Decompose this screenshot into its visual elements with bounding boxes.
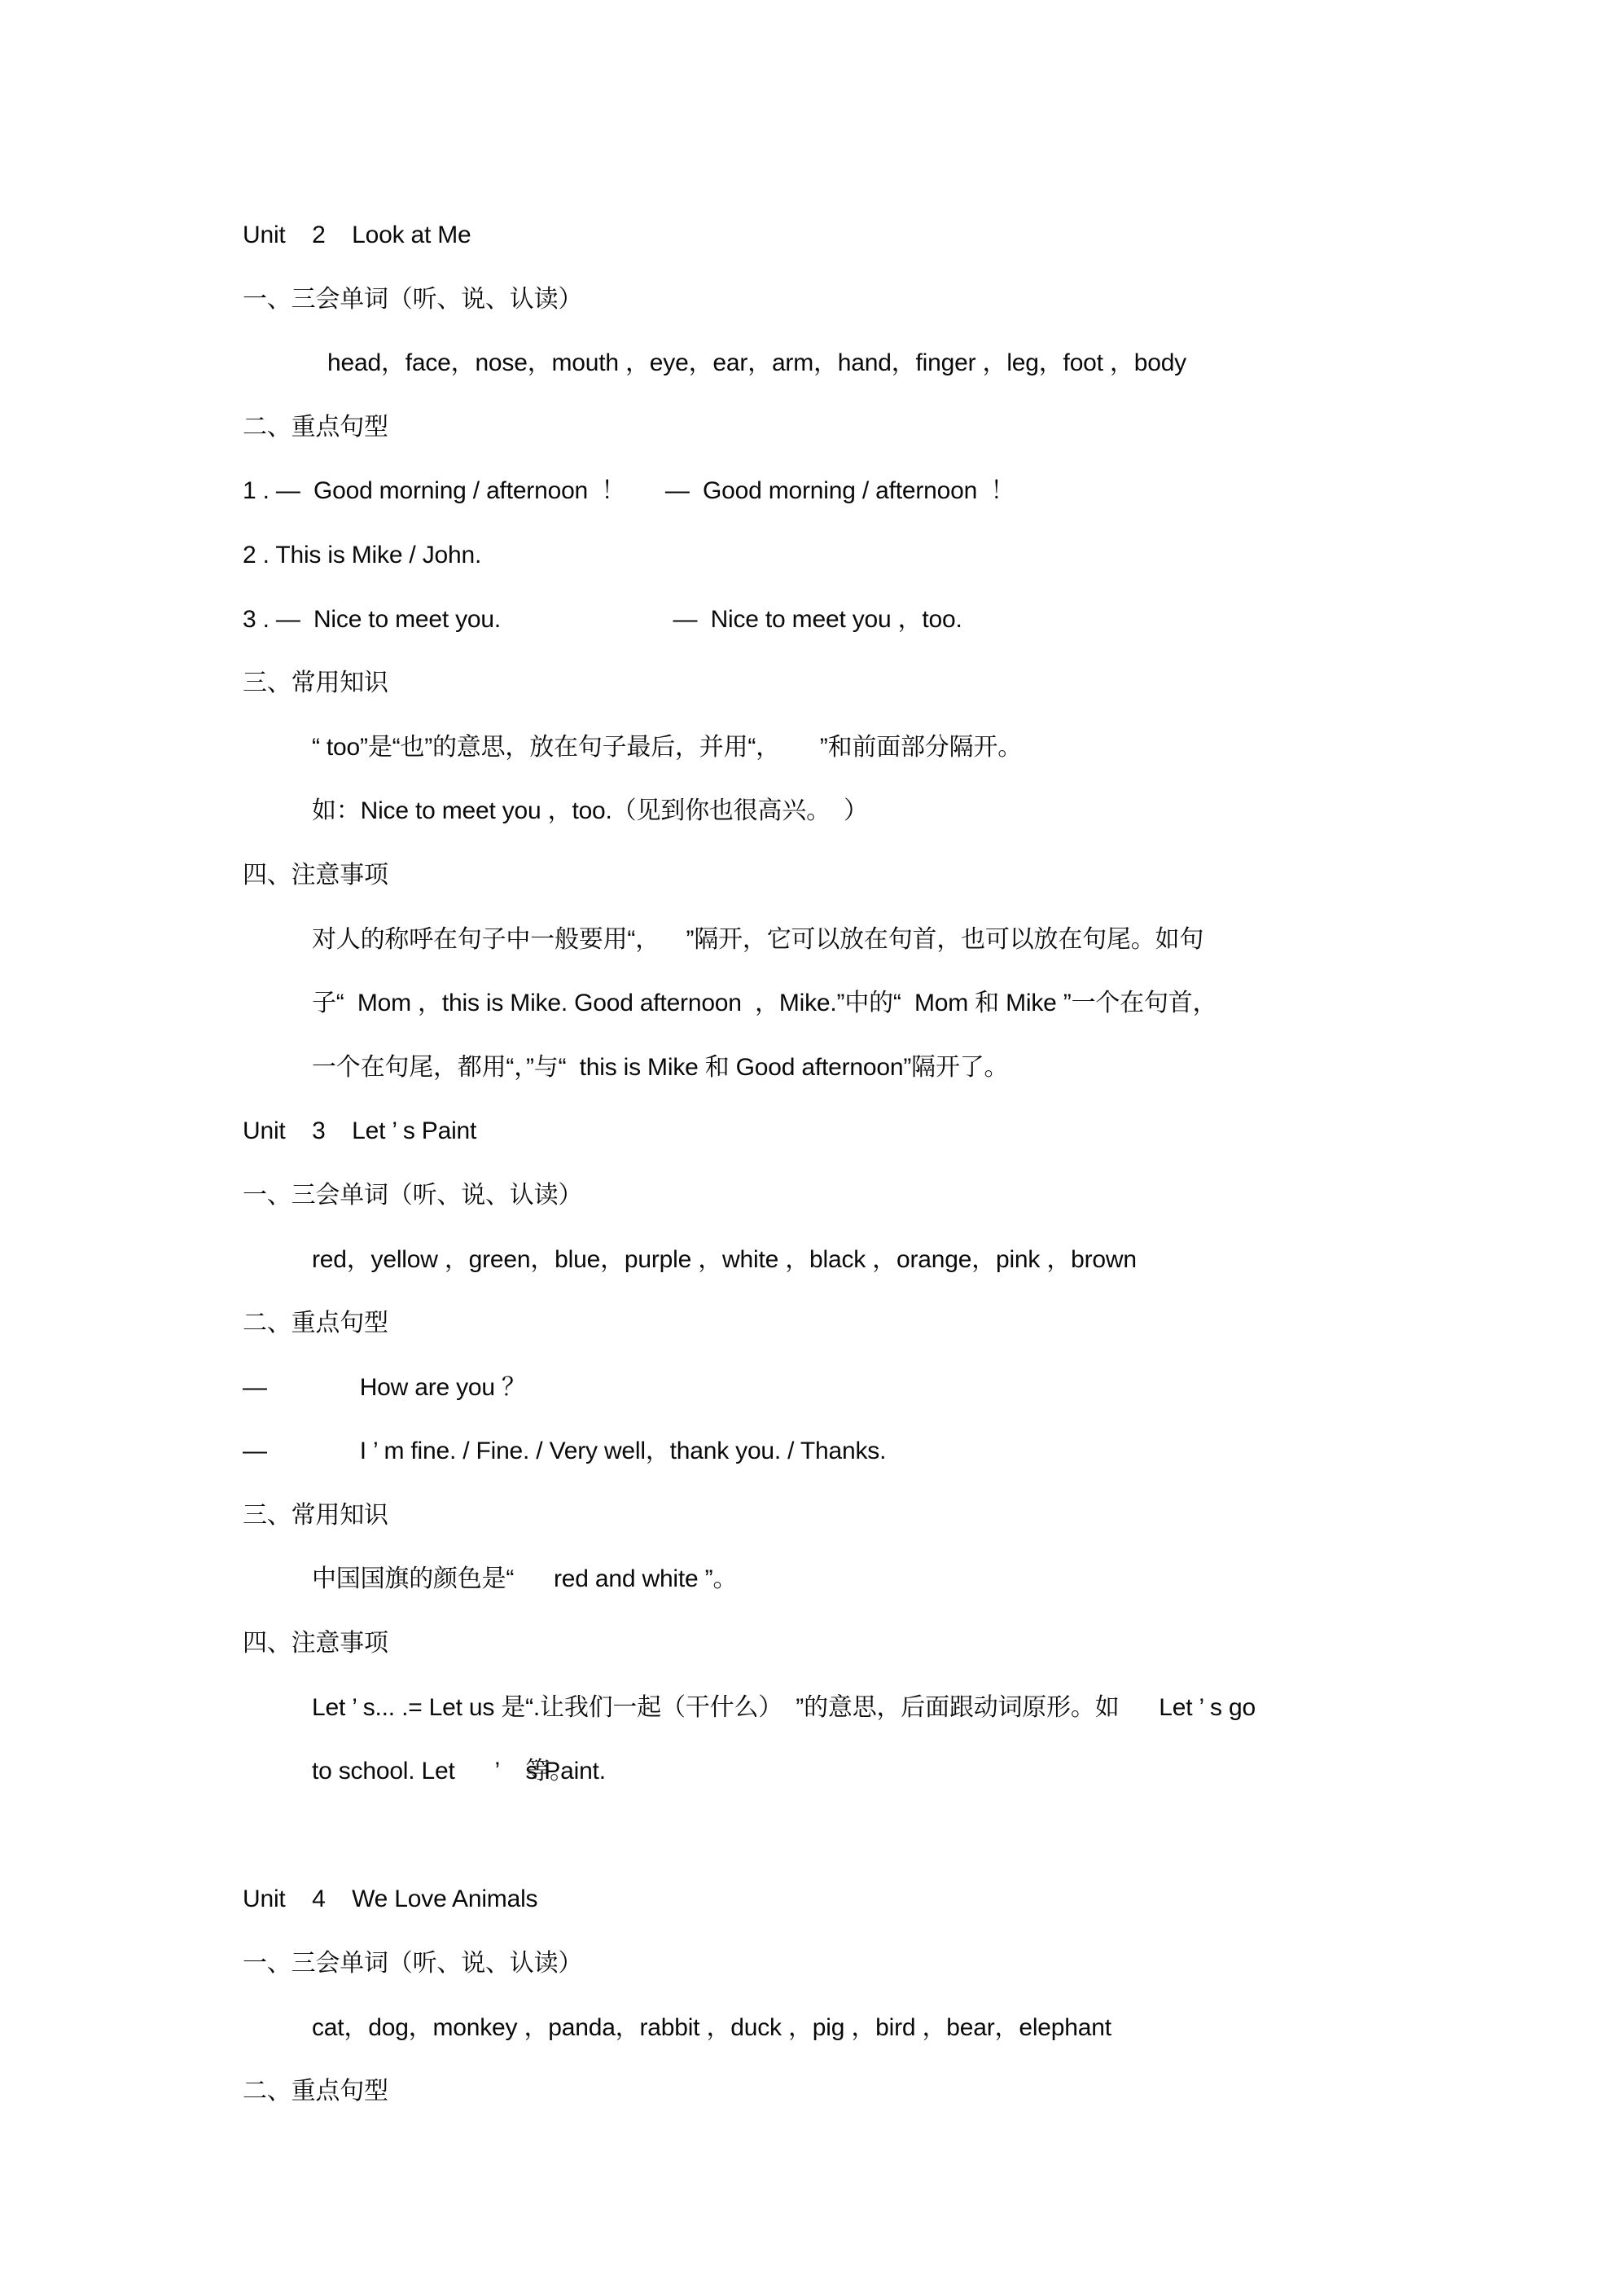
text-line: 二、重点句型 [243, 1292, 1435, 1356]
text-line: 对人的称呼在句子中一般要用“， ”隔开，它可以放在句首，也可以放在句尾。如句 [243, 908, 1435, 972]
text-line: 四、注意事项 [243, 1612, 1435, 1676]
document-page: Unit 2 Look at Me一、三会单词（听、说、认读）head，face… [0, 0, 1622, 2296]
blank-line [243, 1804, 1435, 1868]
text-line: 一个在句尾，都用“，”与“ this is Mike 和 Good aftern… [243, 1036, 1435, 1100]
text-line: — I ’ m fine. / Fine. / Very well，thank … [243, 1420, 1435, 1484]
text-line: 二、重点句型 [243, 2060, 1435, 2124]
text-line: 1 . — Good morning / afternoon ！ — Good … [243, 459, 1435, 524]
text-line: Let ’ s... .= Let us 是“.让我们一起（干什么） ”的意思，… [243, 1676, 1435, 1741]
gap-text [455, 1758, 495, 1785]
text-line: “ too”是“也”的意思，放在句子最后，并用“， ”和前面部分隔开。 [243, 716, 1435, 780]
text-line: 一、三会单词（听、说、认读） [243, 268, 1435, 332]
text-line: 三、常用知识 [243, 652, 1435, 716]
text-line: 如：Nice to meet you ，too.（见到你也很高兴。 ） [243, 779, 1435, 844]
text-line: 四、注意事项 [243, 844, 1435, 908]
overlapping-text: s Paint.等。 [525, 1740, 605, 1804]
text-line: 一、三会单词（听、说、认读） [243, 1164, 1435, 1228]
text-line: Unit 3 Let ’ s Paint [243, 1100, 1435, 1164]
text-line: 一、三会单词（听、说、认读） [243, 1932, 1435, 1996]
text-line: — How are you ？ [243, 1356, 1435, 1420]
pre-text: to school. Let [312, 1758, 455, 1785]
text-line: red，yellow ，green，blue，purple ，white ，bl… [243, 1228, 1435, 1293]
text-line: Unit 2 Look at Me [243, 204, 1435, 268]
text-line: 二、重点句型 [243, 396, 1435, 460]
text-line: 3 . — Nice to meet you. — Nice to meet y… [243, 588, 1435, 652]
text-line: 三、常用知识 [243, 1484, 1435, 1548]
text-line: 2 . This is Mike / John. [243, 524, 1435, 588]
text-line: cat，dog，monkey ，panda，rabbit ，duck ，pig … [243, 1996, 1435, 2061]
text-line: 中国国旗的颜色是“ red and white ”。 [243, 1547, 1435, 1612]
text-line: Unit 4 We Love Animals [243, 1868, 1435, 1932]
overlap-ghost-text: 等。 [525, 1740, 574, 1804]
text-line: to school. Let ’ s Paint.等。 [243, 1740, 1435, 1804]
text-line: head，face，nose，mouth ，eye，ear，arm，hand，f… [243, 331, 1435, 396]
gap-text [499, 1758, 526, 1785]
text-line: 子“ Mom ，this is Mike. Good afternoon ，Mi… [243, 972, 1435, 1036]
